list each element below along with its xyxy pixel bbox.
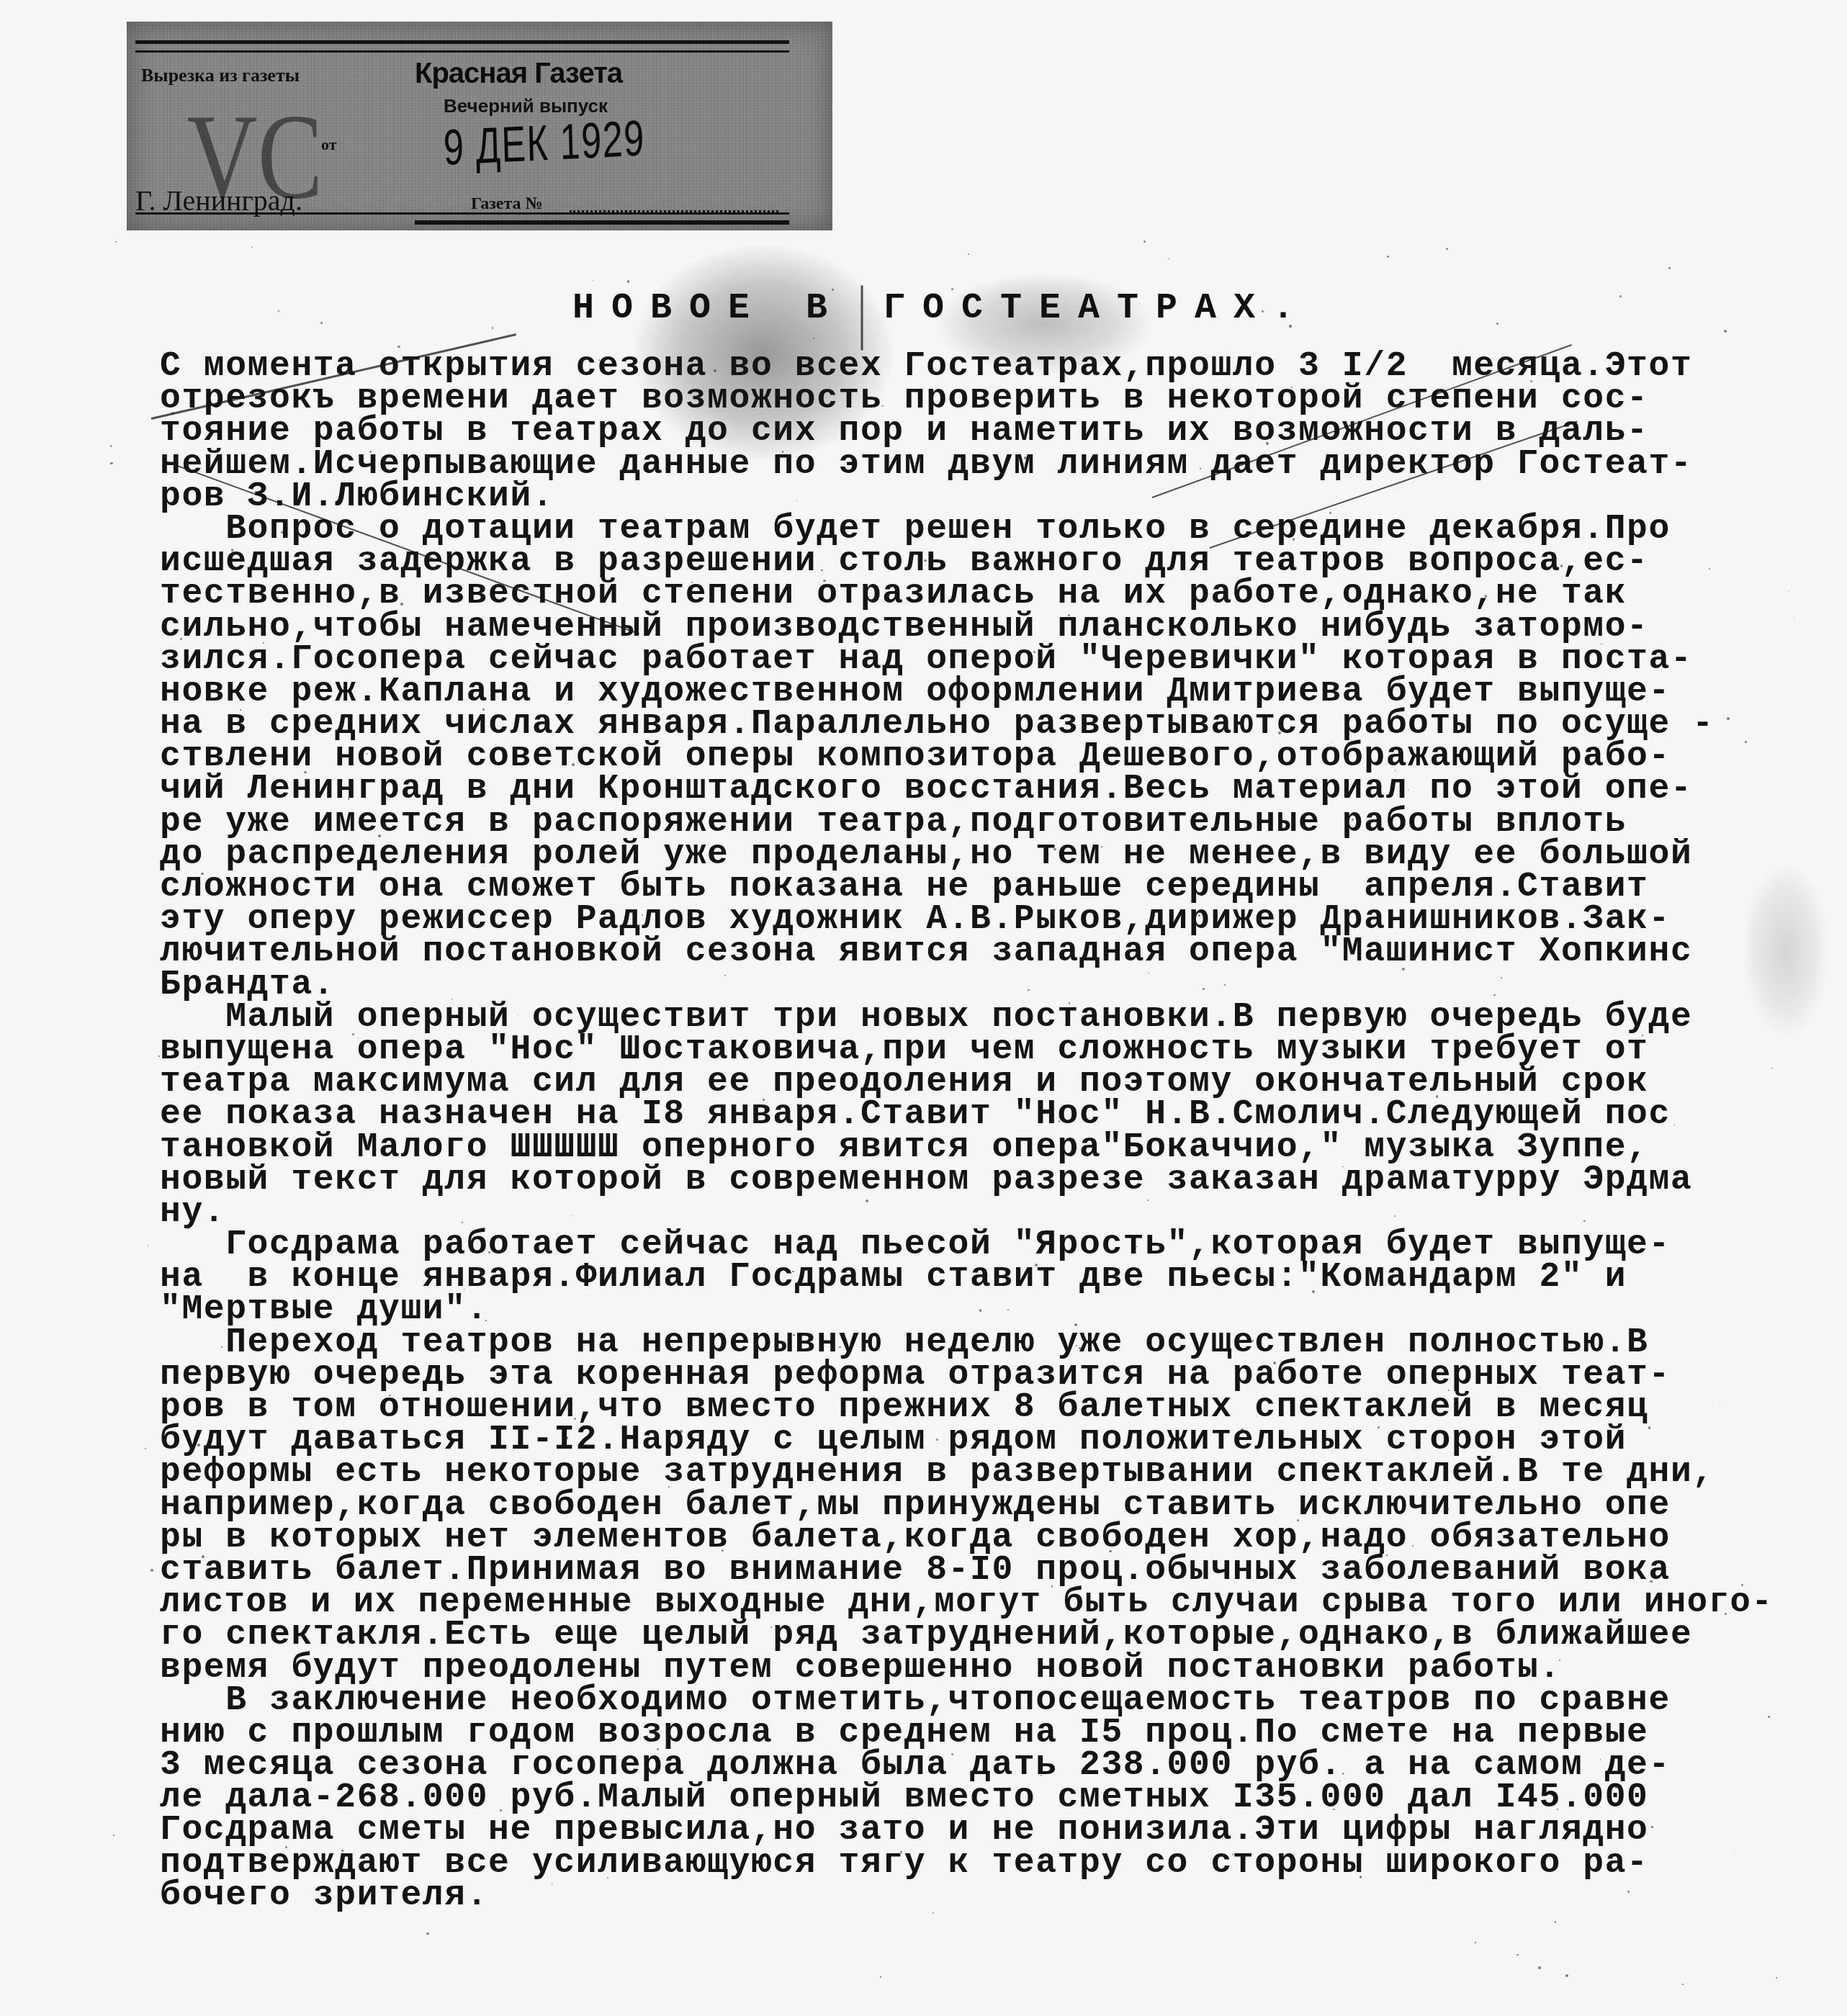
- article-line: Брандта.: [160, 969, 1773, 1002]
- article-line: сложности она сможет быть показана не ра…: [160, 871, 1773, 904]
- scan-speck: [1041, 1775, 1042, 1776]
- article-line: Малый оперный осуществит три новых поста…: [160, 1002, 1773, 1034]
- scan-speck: [1776, 1977, 1777, 1979]
- article-line: Переход театров на непрерывную неделю уж…: [160, 1327, 1773, 1359]
- article-line: ле дала-268.000 руб.Малый оперный вместо…: [160, 1782, 1773, 1814]
- article-line: листов и их переменные выходные дни,могу…: [160, 1587, 1745, 1619]
- scan-speck: [1559, 1660, 1560, 1661]
- clipping-stamp: VС Вырезка из газеты Красная Газета Вече…: [127, 22, 832, 230]
- article-line: подтверждают все усиливающуюся тягу к те…: [160, 1848, 1773, 1880]
- stamp-rule: [415, 220, 789, 225]
- scan-speck: [462, 1222, 463, 1223]
- scan-speck: [1583, 1220, 1585, 1222]
- scan-speck: [898, 1629, 900, 1631]
- article-line: лючительной постановкой сезона явится за…: [160, 936, 1773, 968]
- scan-speck: [1152, 637, 1153, 638]
- scan-speck: [251, 247, 252, 248]
- scan-speck: [1273, 1362, 1276, 1364]
- scan-speck: [1622, 438, 1623, 440]
- scan-speck: [680, 1430, 682, 1432]
- article-line: ров в том отношении,что вместо прежних 8…: [160, 1392, 1773, 1424]
- article-line: нию с прошлым годом возросла в среднем н…: [160, 1717, 1773, 1750]
- article-line: сильно,чтобы намеченный производственный…: [160, 611, 1773, 644]
- article-line: реформы есть некоторые затруднения в раз…: [160, 1457, 1773, 1489]
- scan-speck: [1789, 591, 1789, 592]
- scan-speck: [1794, 617, 1794, 618]
- article-body: С момента открытия сезона во всех Гостеа…: [160, 351, 1773, 1912]
- scan-speck: [1771, 1068, 1772, 1068]
- article-line: эту оперу режиссер Радлов художник А.В.Р…: [160, 904, 1773, 936]
- scan-speck: [483, 865, 484, 866]
- scan-speck: [593, 280, 593, 281]
- scan-speck: [668, 1486, 669, 1487]
- article-line: тановкой Малого ШШШШШ оперного явится оп…: [160, 1132, 1773, 1164]
- scan-speck: [1049, 1075, 1051, 1077]
- article-line: тественно,в известной степени отразилась…: [160, 578, 1773, 611]
- scan-speck: [518, 888, 520, 890]
- scan-speck: [263, 1345, 264, 1346]
- scan-speck: [1379, 1140, 1381, 1142]
- scan-speck: [110, 462, 113, 465]
- scan-speck: [951, 288, 953, 290]
- scan-speck: [1068, 1498, 1069, 1500]
- scan-speck: [492, 327, 493, 328]
- scan-speck: [158, 1056, 160, 1057]
- scan-speck: [113, 1835, 114, 1836]
- scan-speck: [1485, 595, 1488, 598]
- scan-speck: [979, 1309, 981, 1311]
- scan-speck: [1475, 1510, 1477, 1511]
- scan-speck: [338, 372, 339, 372]
- scan-speck: [886, 909, 888, 911]
- scan-speck: [763, 1099, 765, 1101]
- scan-speck: [382, 597, 384, 599]
- scan-speck: [1395, 770, 1396, 770]
- scan-speck: [839, 1346, 840, 1348]
- scan-speck: [266, 1336, 267, 1337]
- scan-speck: [278, 310, 280, 312]
- scan-speck: [240, 709, 241, 711]
- scan-speck: [388, 943, 390, 945]
- scan-speck: [1033, 651, 1035, 653]
- scan-speck: [263, 642, 264, 644]
- scan-speck: [1278, 732, 1281, 734]
- scan-speck: [1386, 1554, 1388, 1556]
- scan-speck: [528, 364, 529, 365]
- article-line: на в средних числах января.Параллельно р…: [160, 708, 1773, 741]
- scan-speck: [235, 957, 238, 960]
- scan-speck: [1642, 1035, 1643, 1036]
- scan-speck: [1200, 468, 1201, 469]
- article-line: ре уже имеется в распоряжении театра,под…: [160, 806, 1773, 839]
- scan-speck: [1289, 325, 1291, 327]
- scanned-document-page: VС Вырезка из газеты Красная Газета Вече…: [0, 0, 1847, 2016]
- scan-speck: [627, 280, 630, 283]
- scan-speck: [1412, 1545, 1414, 1547]
- scan-speck: [1658, 1636, 1658, 1637]
- article-line: бочего зрителя.: [160, 1880, 1773, 1912]
- scan-speck: [779, 1475, 782, 1477]
- article-line: до распределения ролей уже проделаны,но …: [160, 839, 1773, 871]
- article-line: нейшем.Исчерпывающие данные по этим двум…: [160, 449, 1773, 481]
- scan-speck: [1475, 1942, 1476, 1943]
- scan-speck: [505, 942, 507, 943]
- article-line: на в конце января.Филиал Госдрамы ставит…: [160, 1261, 1773, 1294]
- scan-speck: [968, 253, 969, 255]
- article-line: Вопрос о дотации театрам будет решен тол…: [160, 513, 1773, 546]
- article-line: ставить балет.Принимая во внимание 8-I0 …: [160, 1554, 1773, 1587]
- scan-speck: [1653, 1495, 1653, 1496]
- stamp-clipping-label: Вырезка из газеты: [141, 65, 300, 86]
- scan-speck: [793, 1334, 795, 1336]
- scan-speck: [1053, 848, 1056, 851]
- article-line: ее показа назначен на I8 января.Ставит "…: [160, 1099, 1773, 1131]
- scan-speck: [792, 1271, 794, 1273]
- article-line: Госдрама сметы не превысила,но зато и не…: [160, 1814, 1773, 1847]
- article-line: ствлени новой советской оперы композитор…: [160, 741, 1773, 773]
- scan-speck: [1291, 387, 1293, 388]
- article-line: С момента открытия сезона во всех Гостеа…: [160, 351, 1773, 383]
- scan-speck: [963, 1441, 965, 1443]
- article-line: отрезокъ времени дает возможность провер…: [160, 383, 1773, 415]
- scan-speck: [500, 1809, 502, 1812]
- scan-speck: [150, 1569, 153, 1572]
- scan-speck: [110, 445, 112, 446]
- scan-speck: [770, 1626, 772, 1628]
- article-line: первую очередь эта коренная реформа отра…: [160, 1359, 1773, 1392]
- scan-speck: [1387, 256, 1389, 258]
- scan-speck: [1493, 994, 1496, 996]
- scan-speck: [145, 1448, 146, 1449]
- scan-speck: [1565, 1838, 1567, 1840]
- scan-speck: [1668, 267, 1671, 269]
- article-line: исшедшая задержка в разрешении столь важ…: [160, 546, 1773, 578]
- article-line: выпущена опера "Нос" Шостаковича,при чем…: [160, 1034, 1773, 1066]
- scan-speck: [900, 1851, 902, 1853]
- scan-speck: [782, 451, 783, 452]
- scan-speck: [451, 999, 452, 999]
- scan-speck: [1394, 1215, 1396, 1217]
- scan-speck: [171, 412, 174, 415]
- scan-speck: [1143, 240, 1146, 243]
- scan-speck: [1248, 1590, 1249, 1592]
- scan-speck: [1727, 717, 1730, 720]
- scan-speck: [1484, 1567, 1486, 1569]
- article-line: го спектакля.Есть еще целый ряд затрудне…: [160, 1619, 1773, 1652]
- scan-speck: [933, 1912, 934, 1914]
- article-line: время будут преодолены путем совершенно …: [160, 1652, 1773, 1685]
- scan-speck: [1627, 1891, 1630, 1893]
- scan-speck: [1414, 753, 1416, 755]
- scan-speck: [1169, 1729, 1172, 1732]
- article-line: "Мертвые души".: [160, 1294, 1773, 1326]
- scan-speck: [1168, 258, 1169, 259]
- scan-speck: [1059, 1120, 1061, 1122]
- scan-speck: [197, 1444, 200, 1446]
- article-line: новке реж.Каплана и художественном оформ…: [160, 676, 1773, 708]
- scan-speck: [1682, 1984, 1683, 1984]
- scan-speck: [936, 1439, 938, 1441]
- stamp-date: 9 ДЕК 1929: [443, 109, 646, 176]
- article-line: чий Ленинград в дни Кронштадского восста…: [160, 773, 1773, 806]
- scan-speck: [1070, 786, 1073, 789]
- scan-speck: [1136, 1246, 1138, 1248]
- article-line: ну.: [160, 1197, 1773, 1229]
- scan-speck: [1666, 739, 1667, 739]
- scan-speck: [1329, 512, 1331, 514]
- scan-speck: [823, 580, 825, 582]
- scan-speck: [1496, 323, 1498, 325]
- scan-speck: [1436, 1095, 1438, 1097]
- scan-speck: [148, 1245, 149, 1246]
- scan-speck: [832, 289, 834, 291]
- scan-speck: [522, 662, 524, 664]
- scan-speck: [450, 1416, 451, 1417]
- scan-speck: [207, 1137, 208, 1138]
- article-line: новый текст для которой в современном ра…: [160, 1164, 1773, 1197]
- scan-speck: [1446, 1508, 1449, 1511]
- scan-speck: [426, 1932, 429, 1935]
- article-line: тояние работы в театрах до сих пор и нам…: [160, 415, 1773, 448]
- scan-speck: [378, 834, 381, 837]
- stamp-from-label: от: [321, 135, 337, 154]
- scan-speck: [397, 346, 400, 348]
- article-line: ры в которых нет элементов балета,когда …: [160, 1522, 1773, 1554]
- scan-speck: [1074, 1323, 1077, 1326]
- scan-speck: [1651, 1826, 1653, 1828]
- stamp-newspaper-name: Красная Газета: [415, 58, 622, 90]
- article-line: Госдрама работает сейчас над пьесой "Яро…: [160, 1229, 1773, 1261]
- scan-speck: [1568, 1377, 1569, 1378]
- scan-speck: [552, 1883, 552, 1884]
- scan-speck: [1516, 1954, 1518, 1956]
- scan-speck: [880, 1976, 881, 1978]
- scan-speck: [1109, 1550, 1111, 1552]
- stamp-rule: [135, 212, 789, 215]
- article-line: будут даваться II-I2.Наряду с целым рядо…: [160, 1424, 1773, 1457]
- article-title: НОВОЕ В ГОСТЕАТРАХ.: [572, 288, 1311, 329]
- scan-speck: [281, 531, 283, 534]
- article-line: 3 месяца сезона госопера должна была дат…: [160, 1750, 1773, 1782]
- scan-speck: [714, 369, 716, 372]
- scan-speck: [367, 753, 368, 755]
- scan-speck: [341, 1850, 343, 1852]
- scan-speck: [1396, 714, 1399, 717]
- article-line: зился.Госопера сейчас работает над оперо…: [160, 644, 1773, 676]
- scan-speck: [642, 914, 643, 916]
- scan-speck: [1241, 1428, 1244, 1431]
- scan-speck: [115, 241, 117, 243]
- article-line: театра максимума сил для ее преодоления …: [160, 1066, 1773, 1099]
- scan-speck: [1538, 1966, 1541, 1969]
- scan-speck: [1724, 330, 1727, 333]
- scan-speck: [776, 560, 778, 562]
- scan-speck: [1179, 1511, 1181, 1513]
- scan-speck: [572, 763, 575, 766]
- scan-speck: [1584, 1844, 1586, 1846]
- scan-speck: [1745, 741, 1747, 743]
- scan-speck: [389, 1395, 390, 1396]
- stamp-rule: [135, 40, 789, 44]
- scan-speck: [1151, 1547, 1152, 1547]
- article-line: например,когда свободен балет,мы принужд…: [160, 1490, 1773, 1522]
- scan-speck: [1312, 1290, 1315, 1293]
- scan-speck: [320, 322, 323, 324]
- scan-speck: [1068, 614, 1070, 616]
- stamp-issue-label: Газета №: [471, 194, 543, 214]
- scan-speck: [464, 1289, 464, 1290]
- scan-speck: [1024, 456, 1027, 459]
- scan-speck: [1619, 295, 1622, 297]
- scan-speck: [1224, 984, 1226, 986]
- scan-speck: [202, 1555, 205, 1558]
- scan-speck: [1446, 248, 1448, 250]
- scan-speck: [1424, 1572, 1426, 1575]
- scan-speck: [1555, 1921, 1556, 1922]
- scan-speck: [1266, 442, 1269, 445]
- scan-speck: [485, 1320, 487, 1321]
- article-line: В заключение необходимо отметить,чтопосе…: [160, 1685, 1773, 1717]
- scan-speck: [571, 1215, 572, 1216]
- scan-speck: [221, 1346, 223, 1348]
- scan-speck: [1264, 1252, 1266, 1254]
- article-line: ров З.И.Любинский.: [160, 481, 1773, 513]
- scan-speck: [1565, 1974, 1568, 1977]
- scan-speck: [1147, 1200, 1149, 1201]
- stamp-rule: [135, 50, 789, 53]
